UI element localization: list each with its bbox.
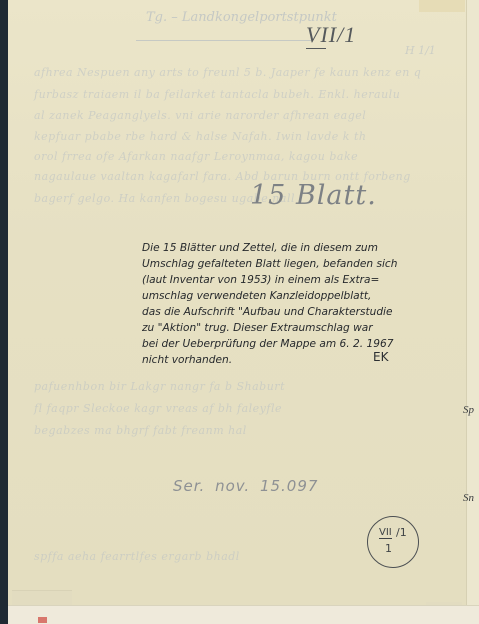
faint-line: kepfuar pbabe rbe hard & halse Nafah. Iw… (34, 130, 366, 143)
pencil-heading: 15 Blatt. (250, 180, 377, 211)
faint-line: begabzes ma bhgrf fabt freanm hal (34, 424, 247, 437)
signature-underline (306, 48, 326, 49)
stamp-folio: 1 (385, 542, 392, 555)
faint-line: furbasz traiaem il ba feilarket tantacla… (34, 88, 400, 101)
faint-line: fl faqpr Sleckoe kagr vreas af bh faleyf… (34, 402, 282, 415)
note-line: Umschlag gefalteten Blatt liegen, befand… (142, 256, 452, 272)
faint-line: spffa aeha fearrtlfes ergarb bhadl (34, 550, 240, 563)
note-line: das die Aufschrift "Aufbau und Charakter… (142, 304, 452, 320)
faint-underline (136, 40, 311, 41)
faint-line: al zanek Peaganglyels. vni arie narorder… (34, 109, 366, 122)
faint-line: afhrea Nespuen any arts to freunl 5 b. J… (34, 66, 421, 79)
author-initials: EK (373, 350, 388, 364)
signature-numeral: VII (306, 22, 337, 47)
underlying-page-bottom (8, 605, 479, 624)
note-line: zu "Aktion" trug. Dieser Extraumschlag w… (142, 320, 452, 336)
signature-fraction: 1 (344, 22, 356, 47)
paper-tab-top-right (419, 0, 465, 12)
underlying-page-edge (466, 0, 479, 612)
note-line: umschlag verwendeten Kanzleidoppelblatt, (142, 288, 452, 304)
archive-signature-mark: VII/1 (306, 22, 356, 48)
faint-line: orol frrea ofe Afarkan naafgr Leroynmaa,… (34, 150, 358, 163)
margin-scribble: Sn (463, 492, 474, 504)
note-line: bei der Ueberprüfung der Mappe am 6. 2. … (142, 336, 452, 352)
stamp-numeral: VII (379, 527, 392, 539)
red-mark (38, 617, 47, 623)
document-scan: Tg. – Landkongelportstpunkt H 1/1 afhrea… (0, 0, 479, 624)
margin-scribble: Sp (463, 404, 474, 416)
faint-corner-ref: H 1/1 (405, 44, 436, 57)
serial-number: Ser. nov. 15.097 (173, 477, 318, 495)
folio-stamp: VII /1 1 (367, 516, 419, 568)
faint-line: pafuenhbon bir Lakgr nangr fa b Shaburt (34, 380, 285, 393)
note-line: nicht vorhanden. (142, 352, 452, 368)
note-line: (laut Inventar von 1953) in einem als Ex… (142, 272, 452, 288)
handwritten-note: Die 15 Blätter und Zettel, die in diesem… (142, 240, 452, 368)
stamp-fraction: /1 (396, 526, 407, 539)
note-line: Die 15 Blätter und Zettel, die in diesem… (142, 240, 452, 256)
